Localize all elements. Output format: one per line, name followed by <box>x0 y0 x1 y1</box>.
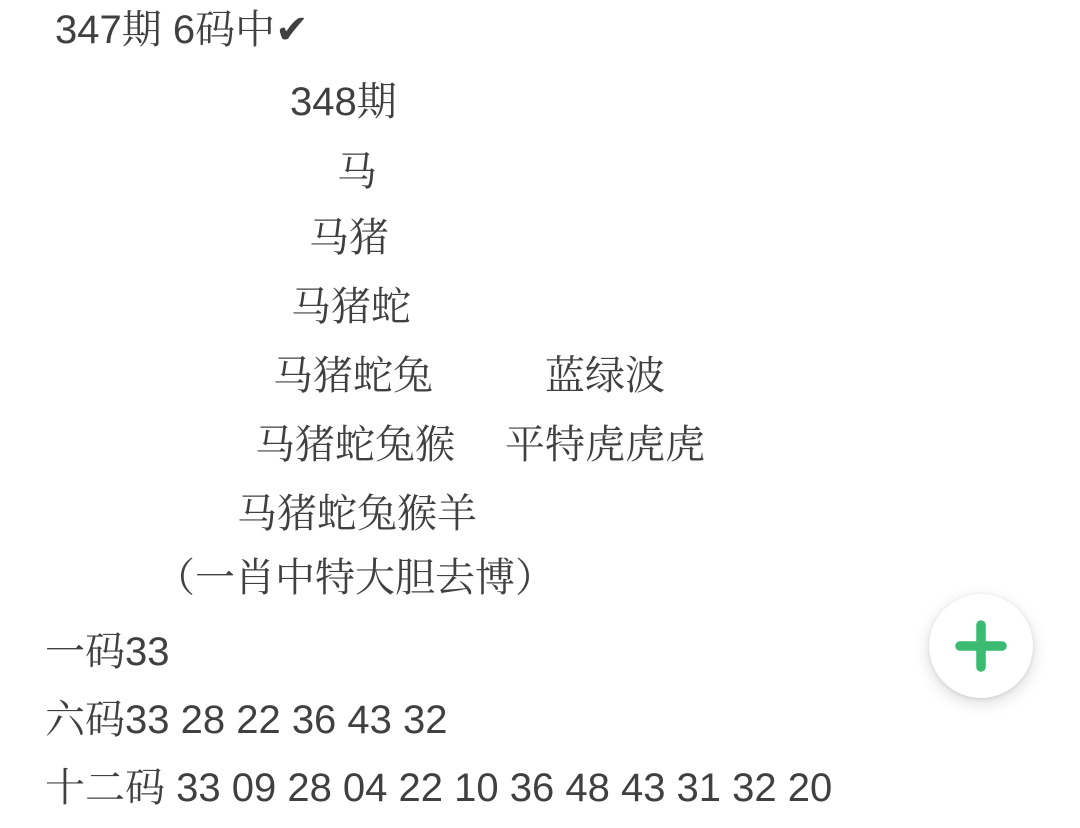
wave-color-note: 蓝绿波 <box>545 352 665 400</box>
one-code-line: 一码33 <box>45 628 170 676</box>
zodiac-pyramid-row-2: 马猪 <box>309 214 389 262</box>
zodiac-pyramid-row-1: 马 <box>337 148 377 196</box>
zodiac-pyramid-row-5: 马猪蛇兔猴 <box>255 421 455 469</box>
current-issue-title: 348期 <box>290 78 397 126</box>
zodiac-pyramid-row-3: 马猪蛇 <box>291 283 411 331</box>
six-codes-line: 六码33 28 22 36 43 32 <box>45 696 448 744</box>
lottery-post-page: 347期 6码中✔ 348期 马 马猪 马猪蛇 马猪蛇兔 蓝绿波 马猪蛇兔猴 平… <box>0 0 1080 828</box>
zodiac-pyramid-row-6: 马猪蛇兔猴羊 <box>237 490 477 538</box>
add-button[interactable] <box>929 594 1033 698</box>
plus-icon <box>955 620 1007 672</box>
previous-issue-result: 347期 6码中✔ <box>55 6 309 54</box>
pingte-note: 平特虎虎虎 <box>505 421 705 469</box>
zodiac-pyramid-row-4: 马猪蛇兔 <box>273 352 433 400</box>
hint-text: （一肖中特大胆去博） <box>155 554 555 602</box>
twelve-codes-line: 十二码 33 09 28 04 22 10 36 48 43 31 32 20 <box>45 764 832 812</box>
